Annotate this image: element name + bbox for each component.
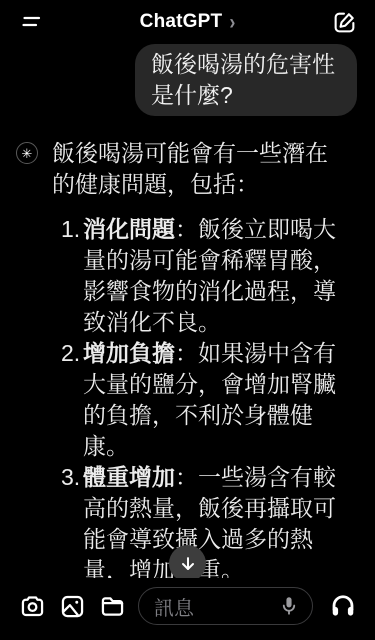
arrow-down-icon [178, 554, 198, 574]
chat-area: 飯後喝湯的危害性是什麼? ✳ 飯後喝湯可能會有一些潛在的健康問題，包括： 1. … [0, 44, 375, 586]
folder-button[interactable] [92, 589, 132, 623]
compose-icon [332, 10, 357, 35]
list-item: 1. 消化問題：飯後立即喝大量的湯可能會稀釋胃酸，影響食物的消化過程，導致消化不… [61, 214, 339, 338]
new-chat-button[interactable] [327, 5, 361, 39]
assistant-message-content: 飯後喝湯可能會有一些潛在的健康問題，包括： 1. 消化問題：飯後立即喝大量的湯可… [52, 138, 339, 586]
chat-title[interactable]: ChatGPT › [140, 11, 236, 33]
chevron-right-icon: › [229, 9, 235, 34]
list-item-number: 3. [61, 462, 83, 493]
message-input-placeholder: 訊息 [154, 592, 276, 621]
message-input[interactable]: 訊息 [138, 587, 313, 625]
voice-mode-button[interactable] [323, 589, 363, 623]
composer-bar: 訊息 [0, 578, 375, 640]
assistant-numbered-list: 1. 消化問題：飯後立即喝大量的湯可能會稀釋胃酸，影響食物的消化過程，導致消化不… [61, 214, 339, 586]
folder-icon [99, 593, 126, 620]
openai-logo-icon: ✳ [16, 142, 38, 164]
user-message-text: 飯後喝湯的危害性是什麼? [151, 49, 341, 111]
assistant-intro-text: 飯後喝湯可能會有一些潛在的健康問題，包括： [52, 138, 334, 200]
page-title: ChatGPT [140, 11, 223, 33]
list-item: 2. 增加負擔：如果湯中含有大量的鹽分，會增加腎臟的負擔，不利於身體健康。 [61, 338, 339, 462]
microphone-icon [278, 594, 300, 618]
camera-button[interactable] [12, 589, 52, 623]
header: ChatGPT › [0, 0, 375, 44]
user-message-bubble: 飯後喝湯的危害性是什麼? [135, 44, 357, 116]
dictation-button[interactable] [276, 592, 302, 620]
headphones-icon [329, 592, 357, 620]
list-item-number: 2. [61, 338, 83, 369]
photos-button[interactable] [52, 589, 92, 623]
camera-icon [19, 593, 46, 620]
list-item-number: 1. [61, 214, 83, 245]
list-item-text: 消化問題：飯後立即喝大量的湯可能會稀釋胃酸，影響食物的消化過程，導致消化不良。 [83, 214, 339, 338]
chatgpt-app-screen: ChatGPT › 飯後喝湯的危害性是什麼? ✳ 飯後喝湯可能會有一些潛在的健康… [0, 0, 375, 640]
list-item-text: 體重增加：一些湯含有較高的熱量，飯後再攝取可能會導致攝入過多的熱量，增加體重。 [83, 462, 339, 586]
list-item-text: 增加負擔：如果湯中含有大量的鹽分，會增加腎臟的負擔，不利於身體健康。 [83, 338, 339, 462]
menu-button[interactable] [14, 5, 48, 39]
assistant-message: ✳ 飯後喝湯可能會有一些潛在的健康問題，包括： 1. 消化問題：飯後立即喝大量的… [0, 138, 375, 586]
menu-icon [19, 10, 43, 34]
photos-icon [59, 593, 86, 620]
scroll-to-bottom-button[interactable] [169, 545, 206, 582]
